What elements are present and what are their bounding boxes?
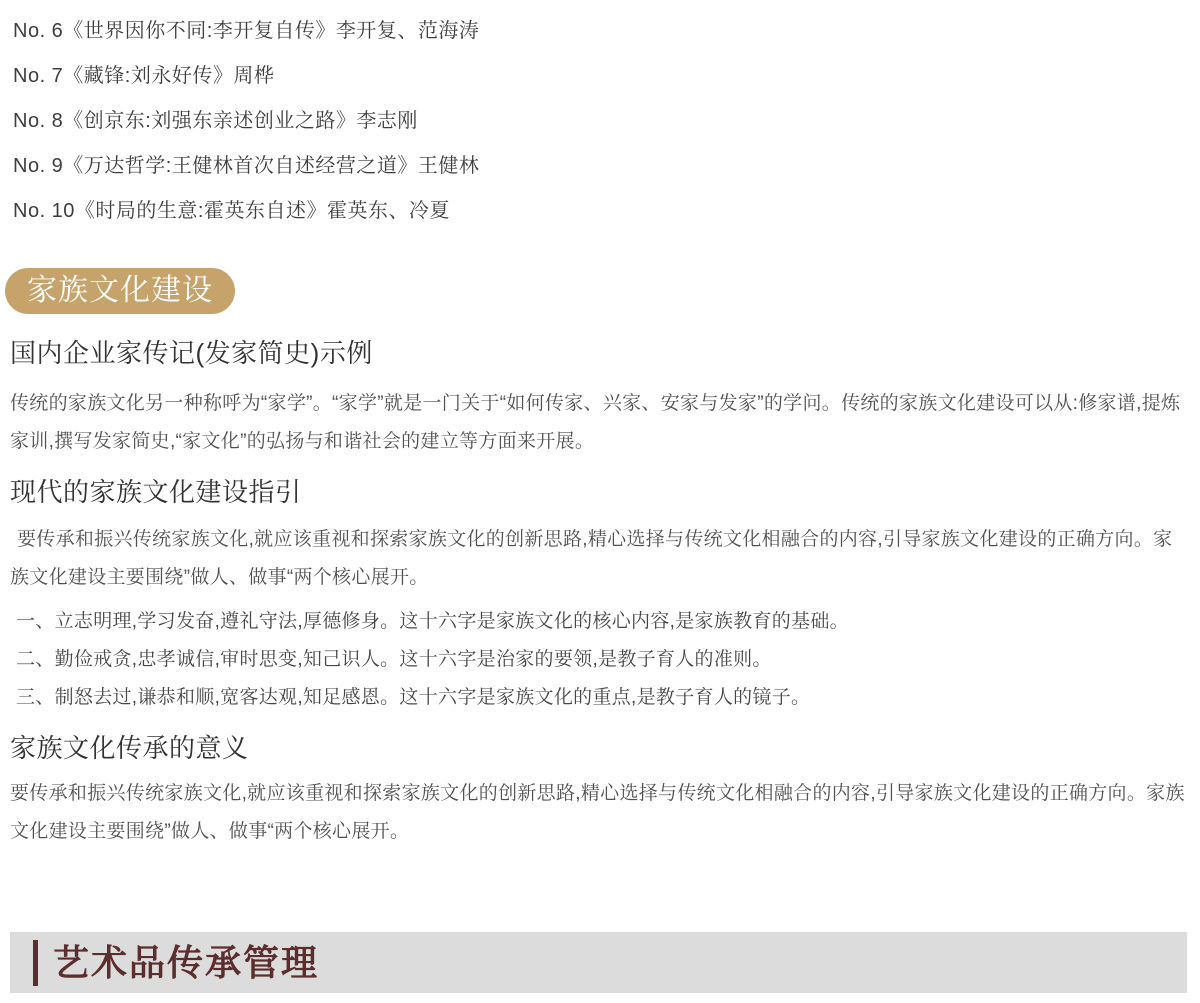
section-badge-row: 家族文化建设: [5, 268, 1190, 314]
guide-paragraph: 要传承和振兴传统家族文化,就应该重视和探索家族文化的创新思路,精心选择与传统文化…: [10, 521, 1190, 597]
point-item: 二、勤俭戒贪,忠孝诚信,审时思变,知己识人。这十六字是治家的要领,是教子育人的准…: [10, 641, 1190, 679]
family-culture-badge: 家族文化建设: [5, 268, 235, 314]
meaning-heading: 家族文化传承的意义: [10, 731, 1190, 765]
section-subtitle: 国内企业家传记(发家简史)示例: [10, 336, 1190, 370]
book-ranking-list: No. 6《世界因你不同:李开复自传》李开复、范海涛 No. 7《藏锋:刘永好传…: [10, 0, 1190, 224]
guide-points-list: 一、立志明理,学习发奋,遵礼守法,厚德修身。这十六字是家族文化的核心内容,是家族…: [10, 603, 1190, 717]
meaning-paragraph: 要传承和振兴传统家族文化,就应该重视和探索家族文化的创新思路,精心选择与传统文化…: [10, 775, 1190, 851]
ranking-item: No. 9《万达哲学:王健林首次自述经营之道》王健林: [10, 153, 1190, 179]
point-item: 三、制怒去过,谦恭和顺,宽客达观,知足感恩。这十六字是家族文化的重点,是教子育人…: [10, 679, 1190, 717]
art-section-title: 艺术品传承管理: [53, 932, 319, 993]
ranking-item: No. 6《世界因你不同:李开复自传》李开复、范海涛: [10, 18, 1190, 44]
guide-heading: 现代的家族文化建设指引: [10, 475, 1190, 509]
article-page: No. 6《世界因你不同:李开复自传》李开复、范海涛 No. 7《藏锋:刘永好传…: [0, 0, 1200, 993]
ranking-item: No. 10《时局的生意:霍英东自述》霍英东、冷夏: [10, 198, 1190, 224]
ranking-item: No. 8《创京东:刘强东亲述创业之路》李志刚: [10, 108, 1190, 134]
point-item: 一、立志明理,学习发奋,遵礼守法,厚德修身。这十六字是家族文化的核心内容,是家族…: [10, 603, 1190, 641]
art-title-band: 艺术品传承管理: [10, 932, 1187, 993]
intro-paragraph: 传统的家族文化另一种称呼为“家学”。“家学”就是一门关于“如何传家、兴家、安家与…: [10, 385, 1190, 461]
ranking-item: No. 7《藏锋:刘永好传》周桦: [10, 63, 1190, 89]
accent-bar: [33, 940, 38, 986]
